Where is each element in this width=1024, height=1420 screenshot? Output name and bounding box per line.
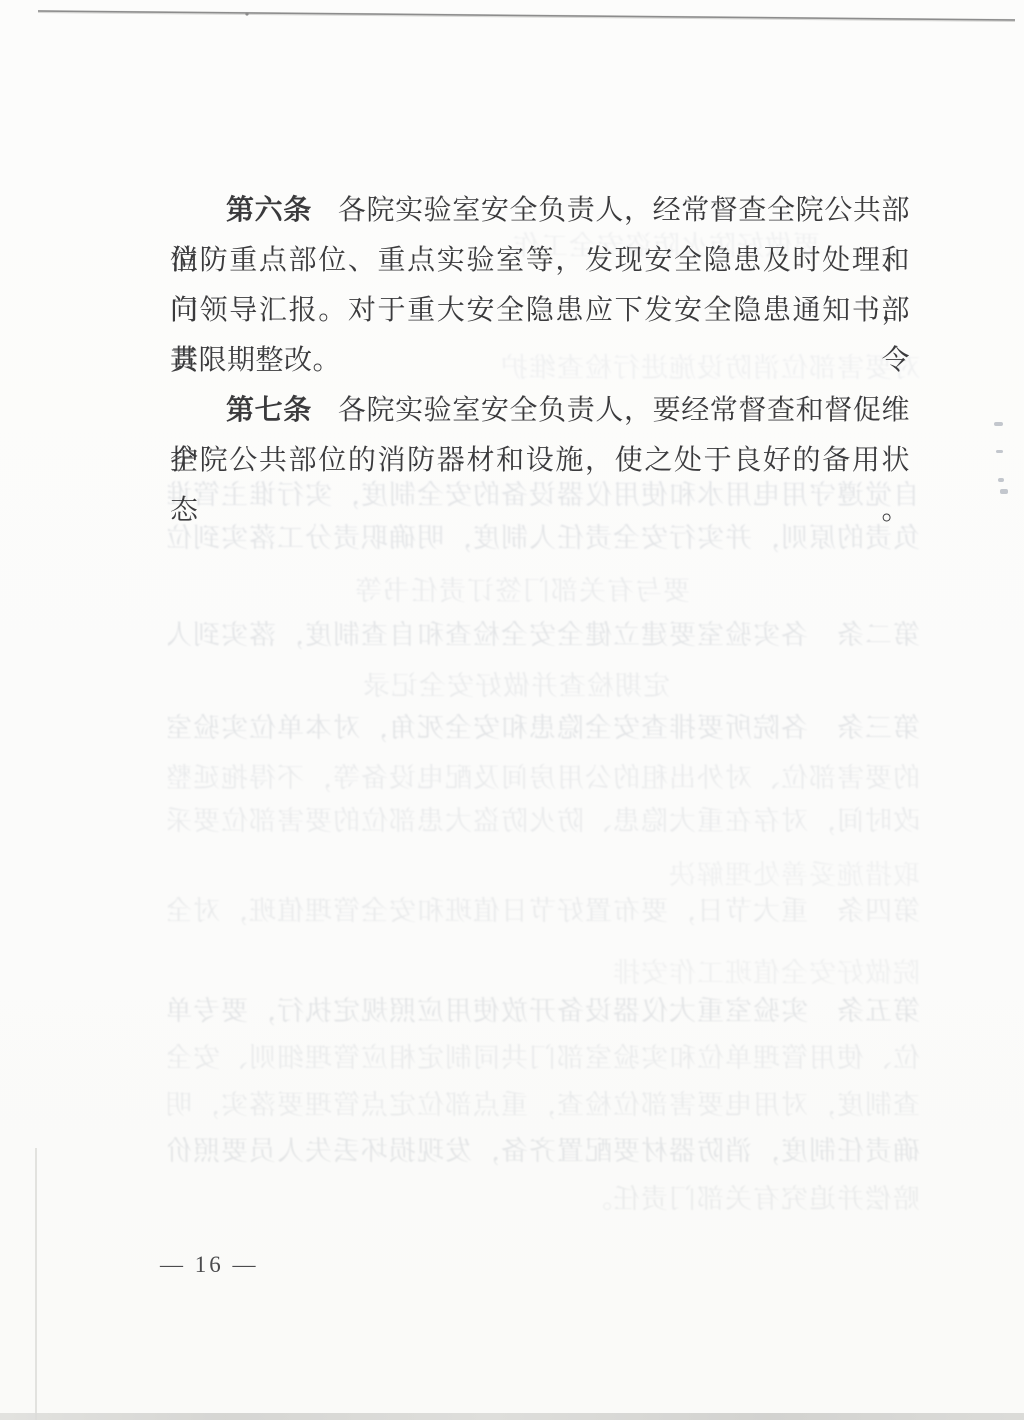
bleedthrough-line: 定期检查并做好安全记录 bbox=[340, 668, 670, 704]
scanned-document-page: 要做好防火防盗安全工作 对要害部位消防设施进行检查维护 自觉遵守用电用水和使用仪… bbox=[0, 0, 1024, 1420]
article-number-7: 第七条 bbox=[226, 395, 312, 426]
bleedthrough-line: 要与有关部门签订责任书等 bbox=[350, 573, 690, 609]
document-line: 全院公共部位的消防器材和设施，使之处于良好的备用状态。 bbox=[170, 436, 910, 486]
document-line: 门领导汇报。对于重大安全隐患应下发安全隐患通知书，责令 bbox=[170, 286, 910, 336]
document-line: 消防重点部位、重点实验室等，发现安全隐患及时处理和向部 bbox=[170, 236, 910, 286]
bleedthrough-line: 第二条 各实验室要建立健全安全检查和自查制度，落实到人 bbox=[168, 617, 920, 653]
scan-speck bbox=[996, 450, 1003, 453]
bleedthrough-line: 院做好安全值班工作安排 bbox=[610, 955, 920, 991]
bleedthrough-line: 第五条 实验室重大仪器设备开放使用应照规定执行，要专单 bbox=[168, 993, 920, 1029]
scan-speck bbox=[994, 422, 1003, 426]
bleedthrough-line: 第三条 各院所要排查安全隐患和安全死角，对本单位实验室 bbox=[168, 710, 920, 746]
article-number-6: 第六条 bbox=[226, 195, 312, 226]
scan-top-edge-line bbox=[0, 0, 1024, 32]
bleedthrough-line: 赔偿并追究有关部门责任。 bbox=[590, 1181, 920, 1217]
bleedthrough-line: 取措施妥善处理解决 bbox=[640, 857, 920, 893]
scan-bottom-edge-band bbox=[0, 1413, 1024, 1420]
page-number: — 16 — bbox=[160, 1252, 259, 1278]
bleedthrough-line: 改时间，对存在重大隐患、防火防盗大患部位的要害部位要采 bbox=[168, 803, 920, 839]
bleedthrough-line: 确责任制度，消防器材要配置齐备，发现损坏丢失人员要照价 bbox=[168, 1133, 920, 1169]
bleedthrough-line: 位、使用管理单位和实验室部门共同制定相应管理细则、安全检 bbox=[168, 1040, 920, 1076]
bleedthrough-line: 的要害部位、对外出租的公用房间及配电设备等，不得拖延整 bbox=[168, 760, 920, 796]
scan-speck bbox=[1000, 489, 1008, 494]
bleedthrough-line: 查制度，对用电要害部位检查，重点部位定点管理要落实，明 bbox=[168, 1087, 920, 1123]
bleedthrough-line: 第四条 重大节日，要布置好节日值班和安全管理值班，对全 bbox=[168, 893, 920, 929]
document-text-block: 第六条各院实验室安全负责人，经常督查全院公共部位、 消防重点部位、重点实验室等，… bbox=[170, 186, 910, 486]
scan-left-edge-line bbox=[35, 1148, 37, 1420]
document-line: 第七条各院实验室安全负责人，要经常督查和督促维护 bbox=[170, 386, 910, 436]
scan-speck bbox=[998, 478, 1004, 482]
document-line: 第六条各院实验室安全负责人，经常督查全院公共部位、 bbox=[170, 186, 910, 236]
